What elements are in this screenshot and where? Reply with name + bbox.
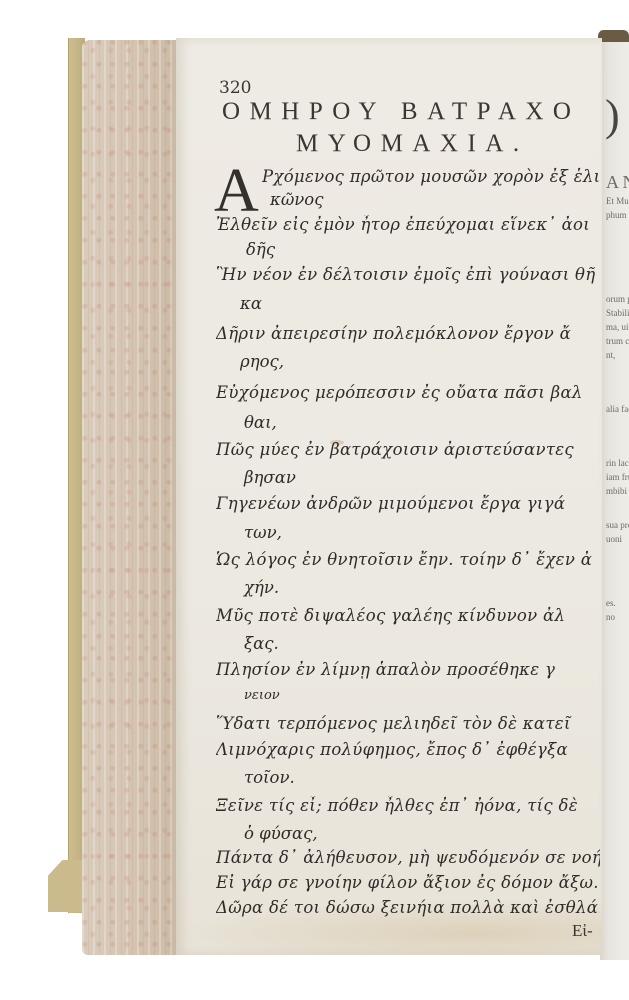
verse-line: Ἣν νέον ἐν δέλτοισιν ἐμοῖς ἐπὶ γούνασι θ…: [216, 265, 600, 284]
verse-continuation: νειον: [244, 688, 280, 703]
facing-fragment: nt,: [606, 348, 629, 362]
verse-continuation: βησαν: [244, 468, 296, 487]
verse-continuation: ρηος,: [240, 352, 284, 371]
drop-cap: Α: [214, 160, 259, 222]
facing-page-text: A N Et Mu phum orum p Stabili ma, ui tru…: [606, 170, 629, 624]
facing-fragment: orum p: [606, 292, 629, 306]
facing-fragment: no: [606, 610, 629, 624]
verse-continuation: δῆς: [246, 240, 275, 259]
facing-fragment: A N: [606, 170, 629, 194]
facing-fragment: uoni: [606, 532, 629, 546]
title-line-2: ΜΥΟΜΑΧΙΑ.: [296, 130, 529, 158]
facing-fragment: alia facil: [606, 402, 629, 416]
facing-fragment: ma, ui: [606, 320, 629, 334]
verse-line: Πάντα δ᾽ ἀλήθευσον, μὴ ψευδόμενόν σε νοή…: [216, 848, 600, 867]
catchword: Εἰ-: [572, 921, 593, 941]
verse-continuation: τοῖον.: [244, 768, 295, 787]
facing-fragment: Stabili: [606, 306, 629, 320]
verse-line: Μῦς ποτὲ διψαλέος γαλέης κίνδυνον ἀλ: [216, 606, 600, 625]
verse-line: Ἐλθεῖν εἰς ἐμὸν ἦτορ ἐπεύχομαι εἵνεκ᾽ ἀο…: [216, 215, 600, 234]
book-fore-edge: [82, 40, 178, 955]
verse-line: Γηγενέων ἀνδρῶν μιμούμενοι ἔργα γιγά: [216, 494, 600, 513]
facing-fragment: phum: [606, 208, 629, 222]
verse-continuation: κα: [240, 294, 262, 313]
verse-line: Λιμνόχαρις πολύφημος, ἔπος δ᾽ ἐφθέγξα: [216, 740, 600, 759]
facing-page-bracket: ): [605, 90, 620, 141]
facing-fragment: iam fru: [606, 470, 629, 484]
title-line-1: ΟΜΗΡΟΥ ΒΑΤΡΑΧΟ: [222, 98, 602, 126]
verse-continuation: θαι,: [244, 413, 277, 432]
facing-fragment: sua pro: [606, 518, 629, 532]
verse-line: Ὡς λόγος ἐν θνητοῖσιν ἔην. τοίην δ᾽ ἔχεν…: [216, 550, 600, 569]
verse-line: Ρχόμενος πρῶτον μουσῶν χορὸν ἐξ ἑλι: [262, 167, 600, 186]
facing-fragment: mbibi: [606, 484, 629, 498]
verse-line: Ξεῖνε τίς εἶ; πόθεν ἦλθες ἐπ᾽ ἠόνα, τίς …: [216, 796, 600, 815]
vellum-binding-corner: [48, 860, 84, 912]
verse-line: Εἰ γάρ σε γνοίην φίλον ἄξιον ἐς δόμον ἄξ…: [216, 873, 600, 892]
page-number: 320: [219, 78, 251, 98]
verse-line: Πῶς μύες ἐν βατράχοισιν ἀριστεύσαντες: [216, 440, 600, 459]
verse-continuation: των,: [244, 523, 282, 542]
verse-line: Δῆριν ἀπειρεσίην πολεμόκλονον ἔργον ἄ: [216, 324, 600, 343]
facing-page-top-edge: [598, 30, 629, 42]
verse-continuation: ὁ φύσας,: [244, 824, 318, 843]
verse-line: Δῶρα δέ τοι δώσω ξεινήια πολλὰ καὶ ἐσθλά…: [216, 898, 600, 917]
verse-continuation: κῶνος: [270, 190, 323, 209]
verse-line: Εὐχόμενος μερόπεσσιν ἐς οὔατα πᾶσι βαλ: [216, 383, 600, 402]
verse-continuation: χήν.: [244, 578, 279, 597]
verse-line: Ὕδατι τερπόμενος μελιηδεῖ τὸν δὲ κατεῖ: [216, 714, 600, 733]
verse-line: Πλησίον ἐν λίμνῃ ἁπαλὸν προσέθηκε γ: [216, 660, 600, 679]
verse-continuation: ξας.: [244, 634, 279, 653]
facing-fragment: trum ca: [606, 334, 629, 348]
facing-fragment: rin lacu: [606, 456, 629, 470]
facing-fragment: es.: [606, 596, 629, 610]
facing-fragment: Et Mu: [606, 194, 629, 208]
